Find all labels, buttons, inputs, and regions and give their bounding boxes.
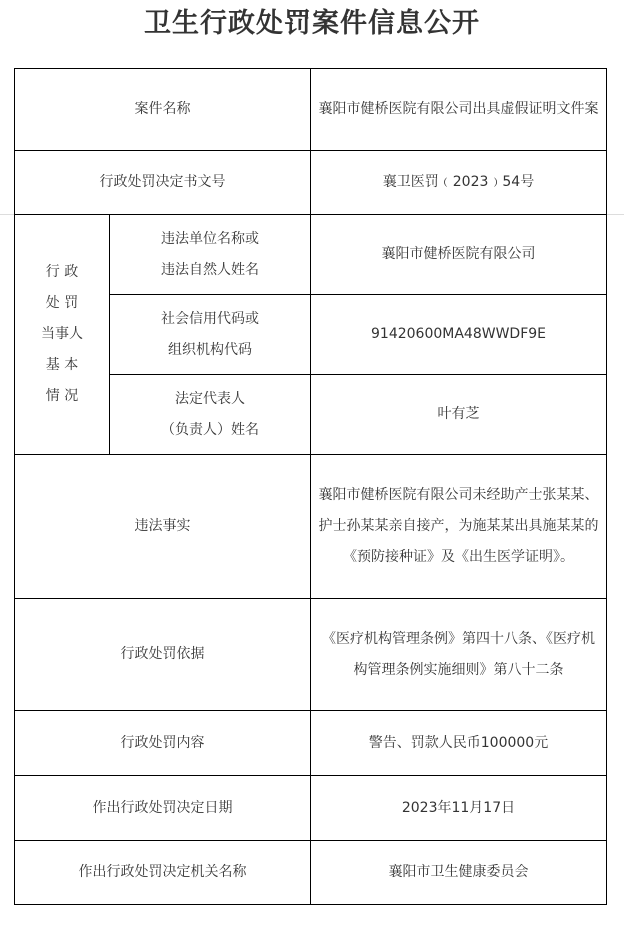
entity-name-label: 违法单位名称或 违法自然人姓名 xyxy=(110,215,311,295)
legal-rep-label-line: 法定代表人 xyxy=(116,384,304,415)
decision-authority-label: 作出行政处罚决定机关名称 xyxy=(15,841,311,905)
case-info-table: 案件名称 襄阳市健桥医院有限公司出具虚假证明文件案 行政处罚决定书文号 襄卫医罚… xyxy=(14,68,607,905)
credit-code-label: 社会信用代码或 组织机构代码 xyxy=(110,295,311,375)
decision-authority-value: 襄阳市卫生健康委员会 xyxy=(311,841,607,905)
legal-rep-label: 法定代表人 （负责人）姓名 xyxy=(110,375,311,455)
credit-code-label-line: 组织机构代码 xyxy=(116,335,304,366)
row-violation-facts: 违法事实 襄阳市健桥医院有限公司未经助产士张某某、护士孙某某亲自接产，为施某某出… xyxy=(15,455,607,599)
case-name-value: 襄阳市健桥医院有限公司出具虚假证明文件案 xyxy=(311,69,607,151)
entity-name-label-line: 违法自然人姓名 xyxy=(116,255,304,286)
row-entity-name: 行 政 处 罚 当事人 基 本 情 况 违法单位名称或 违法自然人姓名 襄阳市健… xyxy=(15,215,607,295)
case-name-label: 案件名称 xyxy=(15,69,311,151)
violation-facts-label: 违法事实 xyxy=(15,455,311,599)
violation-facts-value: 襄阳市健桥医院有限公司未经助产士张某某、护士孙某某亲自接产，为施某某出具施某某的… xyxy=(311,455,607,599)
party-label-line: 情 况 xyxy=(21,381,103,412)
penalty-basis-label: 行政处罚依据 xyxy=(15,599,311,711)
row-decision-date: 作出行政处罚决定日期 2023年11月17日 xyxy=(15,776,607,841)
row-penalty-content: 行政处罚内容 警告、罚款人民币100000元 xyxy=(15,711,607,776)
row-penalty-basis: 行政处罚依据 《医疗机构管理条例》第四十八条、《医疗机构管理条例实施细则》第八十… xyxy=(15,599,607,711)
page-title: 卫生行政处罚案件信息公开 xyxy=(0,4,624,44)
credit-code-value: 91420600MA48WWDF9E xyxy=(311,295,607,375)
legal-rep-label-line: （负责人）姓名 xyxy=(116,415,304,446)
credit-code-label-line: 社会信用代码或 xyxy=(116,304,304,335)
row-doc-number: 行政处罚决定书文号 襄卫医罚﹙2023﹚54号 xyxy=(15,151,607,215)
doc-number-value: 襄卫医罚﹙2023﹚54号 xyxy=(311,151,607,215)
decision-date-value: 2023年11月17日 xyxy=(311,776,607,841)
party-label-line: 处 罚 xyxy=(21,288,103,319)
entity-name-label-line: 违法单位名称或 xyxy=(116,224,304,255)
penalty-content-label: 行政处罚内容 xyxy=(15,711,311,776)
decision-date-label: 作出行政处罚决定日期 xyxy=(15,776,311,841)
doc-number-label: 行政处罚决定书文号 xyxy=(15,151,311,215)
entity-name-value: 襄阳市健桥医院有限公司 xyxy=(311,215,607,295)
penalty-basis-value: 《医疗机构管理条例》第四十八条、《医疗机构管理条例实施细则》第八十二条 xyxy=(311,599,607,711)
party-label-line: 行 政 xyxy=(21,257,103,288)
party-label-line: 当事人 xyxy=(21,319,103,350)
party-label-line: 基 本 xyxy=(21,350,103,381)
party-info-group-label: 行 政 处 罚 当事人 基 本 情 况 xyxy=(15,215,110,455)
legal-rep-value: 叶有芝 xyxy=(311,375,607,455)
row-case-name: 案件名称 襄阳市健桥医院有限公司出具虚假证明文件案 xyxy=(15,69,607,151)
penalty-content-value: 警告、罚款人民币100000元 xyxy=(311,711,607,776)
row-decision-authority: 作出行政处罚决定机关名称 襄阳市卫生健康委员会 xyxy=(15,841,607,905)
